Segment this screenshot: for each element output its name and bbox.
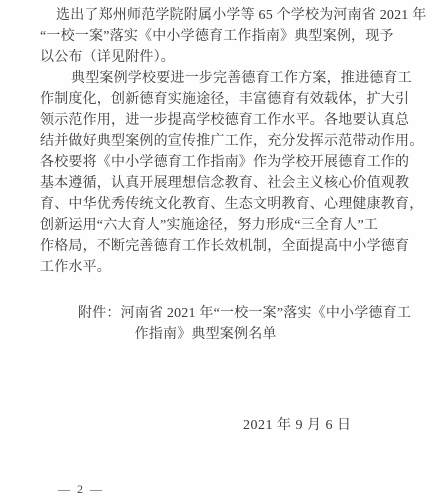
document-page: 选出了郑州师范学院附属小学等 65 个学校为河南省 2021 年 “一校一案”落… <box>0 0 438 500</box>
body-line: 典型案例学校要进一步完善德育工作方案，推进德育工 <box>40 68 410 89</box>
attachment-note: 附件： 河南省 2021 年“一校一案”落实《中小学德育工 作指南》典型案例名单 <box>40 303 410 345</box>
attachment-label: 附件： <box>78 303 121 345</box>
body-line: 作制度化，创新德育实施途径，丰富德育有效载体，扩大引 <box>40 89 410 110</box>
attachment-title-line-2: 作指南》典型案例名单 <box>121 324 411 345</box>
page-number: — 2 — <box>58 482 104 497</box>
body-line: 选出了郑州师范学院附属小学等 65 个学校为河南省 2021 年 <box>40 5 410 26</box>
document-body: 选出了郑州师范学院附属小学等 65 个学校为河南省 2021 年 “一校一案”落… <box>40 5 410 436</box>
body-line: 育、中华优秀传统文化教育、生态文明教育、心理健康教育， <box>40 194 410 215</box>
body-line: 工作水平。 <box>40 257 410 278</box>
body-line: 以公布（详见附件）。 <box>40 47 410 68</box>
body-line: 各校要将《中小学德育工作指南》作为学校开展德育工作的 <box>40 152 410 173</box>
attachment-title-line-1: 河南省 2021 年“一校一案”落实《中小学德育工 <box>121 303 411 324</box>
body-line: 基本遵循，认真开展理想信念教育、社会主义核心价值观教 <box>40 173 410 194</box>
body-line: 结并做好典型案例的宣传推广工作，充分发挥示范带动作用。 <box>40 131 410 152</box>
body-line: “一校一案”落实《中小学德育工作指南》典型案例，现予 <box>40 26 410 47</box>
document-date: 2021 年 9 月 6 日 <box>40 415 410 436</box>
body-line: 领示范作用，进一步提高学校德育工作水平。各地要认真总 <box>40 110 410 131</box>
body-line: 创新运用“六大育人”实施途径，努力形成“三全育人”工 <box>40 215 410 236</box>
body-line: 作格局，不断完善德育工作长效机制，全面提高中小学德育 <box>40 236 410 257</box>
